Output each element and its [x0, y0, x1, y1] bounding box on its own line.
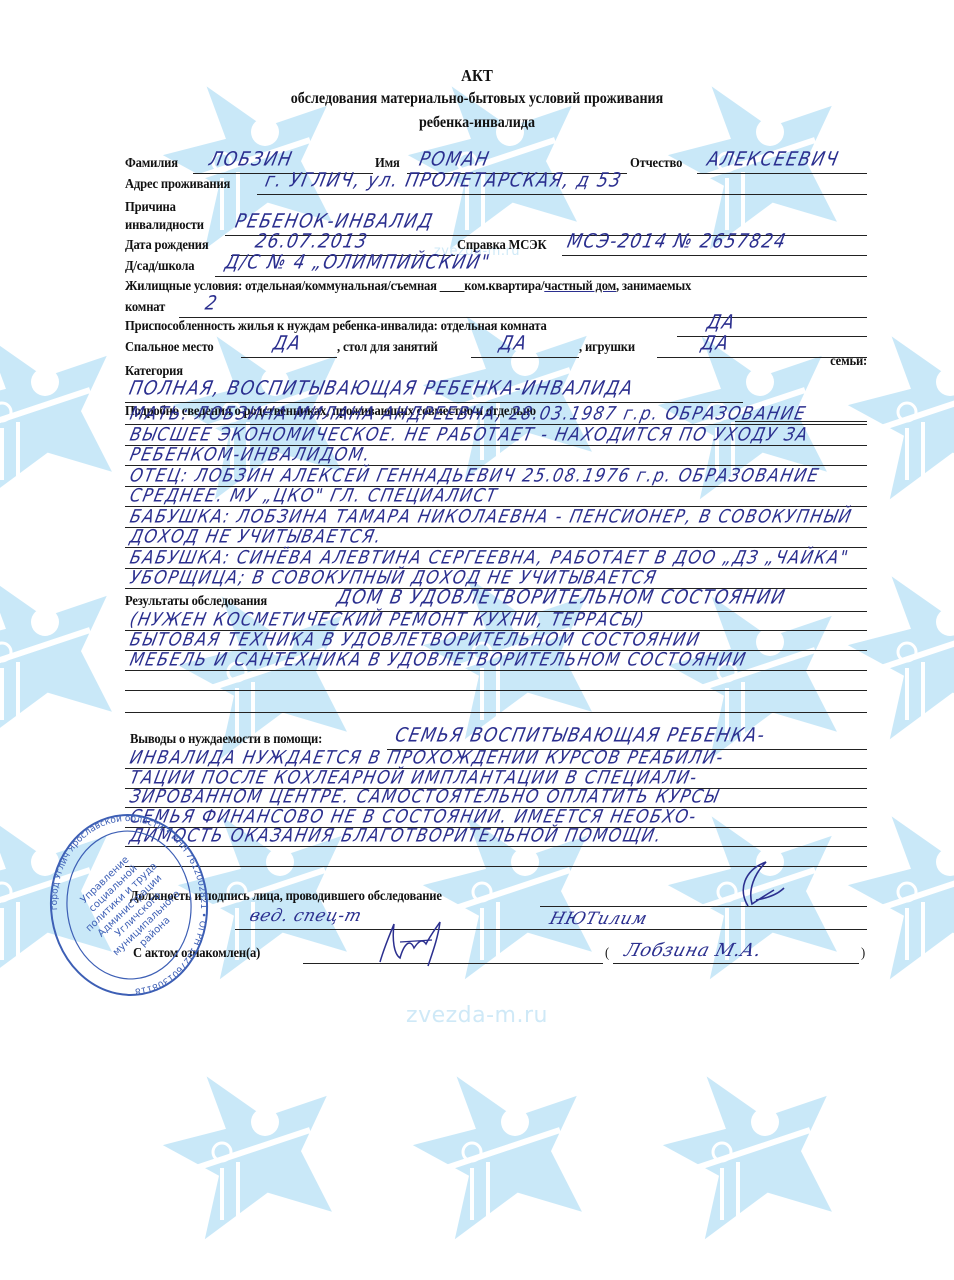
- row-adaptation: Приспособленность жилья к нуждам ребенка…: [125, 315, 867, 337]
- results-line-rule: [125, 670, 867, 671]
- birth-date-value[interactable]: 26.07.2013: [253, 230, 370, 253]
- relatives-line[interactable]: УБОРЩИЦА; В СОВОКУПНЫЙ ДОХОД НЕ УЧИТЫВАЕ…: [128, 566, 660, 588]
- surname-label: Фамилия: [125, 156, 178, 172]
- results-empty-rule: [125, 712, 867, 713]
- official-stamp: город Углич Ярославской области • ИНН 76…: [42, 805, 217, 1006]
- conclusions-line[interactable]: ЗИРОВАННОМ ЦЕНТРЕ. САМОСТОЯТЕЛЬНО ОПЛАТИ…: [128, 785, 722, 807]
- row-school: Д/сад/школа Д/С № 4 „ОЛИМПИЙСКИЙ": [125, 255, 867, 277]
- school-value[interactable]: Д/С № 4 „ОЛИМПИЙСКИЙ": [223, 251, 493, 274]
- relatives-line[interactable]: МАТЬ: ЛОБЗИНА МИЛАНА АНДРЕЕВНА, 28.03.19…: [128, 402, 809, 424]
- relatives-line[interactable]: ВЫСШЕЕ ЭКОНОМИЧЕСКОЕ. НЕ РАБОТАЕТ - НАХО…: [128, 423, 811, 445]
- results-line[interactable]: МЕБЕЛЬ И САНТЕХНИКА В УДОВЛЕТВОРИТЕЛЬНОМ…: [128, 648, 749, 670]
- results-line[interactable]: БЫТОВАЯ ТЕХНИКА В УДОВЛЕТВОРИТЕЛЬНОМ СОС…: [128, 628, 703, 650]
- document-subtitle-line2: ребенка-инвалида: [57, 114, 897, 132]
- acknowledged-paren-close: ): [861, 946, 865, 962]
- rooms-label: комнат: [125, 300, 165, 316]
- relatives-line[interactable]: РЕБЕНКОМ-ИНВАЛИДОМ.: [128, 443, 373, 465]
- adaptation-label: Приспособленность жилья к нуждам ребенка…: [125, 319, 547, 335]
- document-title: АКТ: [57, 66, 897, 86]
- address-value[interactable]: г. УГЛИЧ, ул. ПРОЛЕТАРСКАЯ, д 53: [263, 169, 624, 192]
- name-value[interactable]: РОМАН: [417, 148, 492, 171]
- separate-room-value[interactable]: ДА: [705, 311, 738, 334]
- results-line[interactable]: (НУЖЕН КОСМЕТИЧЕСКИЙ РЕМОНТ КУХНИ, ТЕРРА…: [128, 608, 647, 630]
- disability-reason-label-2: инвалидности: [125, 218, 204, 234]
- rooms-value[interactable]: 2: [203, 292, 220, 315]
- conclusions-line-rule: [125, 846, 867, 847]
- act-document: АКТ обследования материально-бытовых усл…: [0, 0, 954, 1280]
- relatives-line[interactable]: БАБУШКА: ЛОБЗИНА ТАМАРА НИКОЛАЕВНА - ПЕН…: [128, 505, 855, 527]
- msek-value[interactable]: МСЭ-2014 № 2657824: [565, 230, 789, 253]
- row-acknowledged: С актом ознакомлен(а) ( Лобзина М.А. ): [125, 942, 867, 964]
- patronymic-value[interactable]: АЛЕКСЕЕВИЧ: [705, 148, 841, 171]
- relatives-line[interactable]: ДОХОД НЕ УЧИТЫВАЕТСЯ.: [128, 525, 384, 547]
- acknowledged-signature: [370, 918, 450, 968]
- patronymic-label: Отчество: [630, 156, 682, 172]
- conclusions-line[interactable]: ИНВАЛИДА НУЖДАЕТСЯ В ПРОХОЖДЕНИИ КУРСОВ …: [128, 746, 726, 768]
- inspector-position[interactable]: вед. спец-т: [247, 906, 364, 926]
- birth-date-label: Дата рождения: [125, 238, 209, 254]
- relatives-line[interactable]: СРЕДНЕЕ. МУ „ЦКО" ГЛ. СПЕЦИАЛИСТ: [128, 484, 500, 506]
- document-subtitle-line1: обследования материально-бытовых условий…: [57, 90, 897, 108]
- results-empty-rule: [125, 690, 867, 691]
- school-label: Д/сад/школа: [125, 259, 194, 275]
- relatives-line[interactable]: БАБУШКА: СИНЁВА АЛЕВТИНА СЕРГЕЕВНА, РАБО…: [128, 546, 851, 568]
- acknowledged-name[interactable]: Лобзина М.А.: [622, 940, 764, 961]
- acknowledged-paren-open: (: [605, 946, 609, 962]
- row-housing: Жилищные условия: отдельная/коммунальная…: [125, 275, 867, 297]
- conclusions-first-line[interactable]: СЕМЬЯ ВОСПИТЫВАЮЩАЯ РЕБЕНКА-: [393, 724, 768, 747]
- surname-value[interactable]: ЛОБЗИН: [207, 148, 295, 171]
- address-label: Адрес проживания: [125, 177, 230, 193]
- relatives-line[interactable]: ОТЕЦ: ЛОБЗИН АЛЕКСЕЙ ГЕННАДЬЕВИЧ 25.08.1…: [128, 464, 822, 486]
- row-inspector-position: вед. спец-т: [125, 908, 867, 930]
- results-first-line[interactable]: ДОМ В УДОВЛЕТВОРИТЕЛЬНОМ СОСТОЯНИИ: [335, 586, 788, 609]
- conclusions-line[interactable]: ДИМОСТЬ ОКАЗАНИЯ БЛАГОТВОРИТЕЛЬНОЙ ПОМОЩ…: [128, 824, 665, 846]
- row-address: Адрес проживания г. УГЛИЧ, ул. ПРОЛЕТАРС…: [125, 173, 867, 195]
- inspector-signature: [718, 860, 788, 910]
- family-category-value[interactable]: ПОЛНАЯ, ВОСПИТЫВАЮЩАЯ РЕБЕНКА-ИНВАЛИДА: [127, 377, 636, 400]
